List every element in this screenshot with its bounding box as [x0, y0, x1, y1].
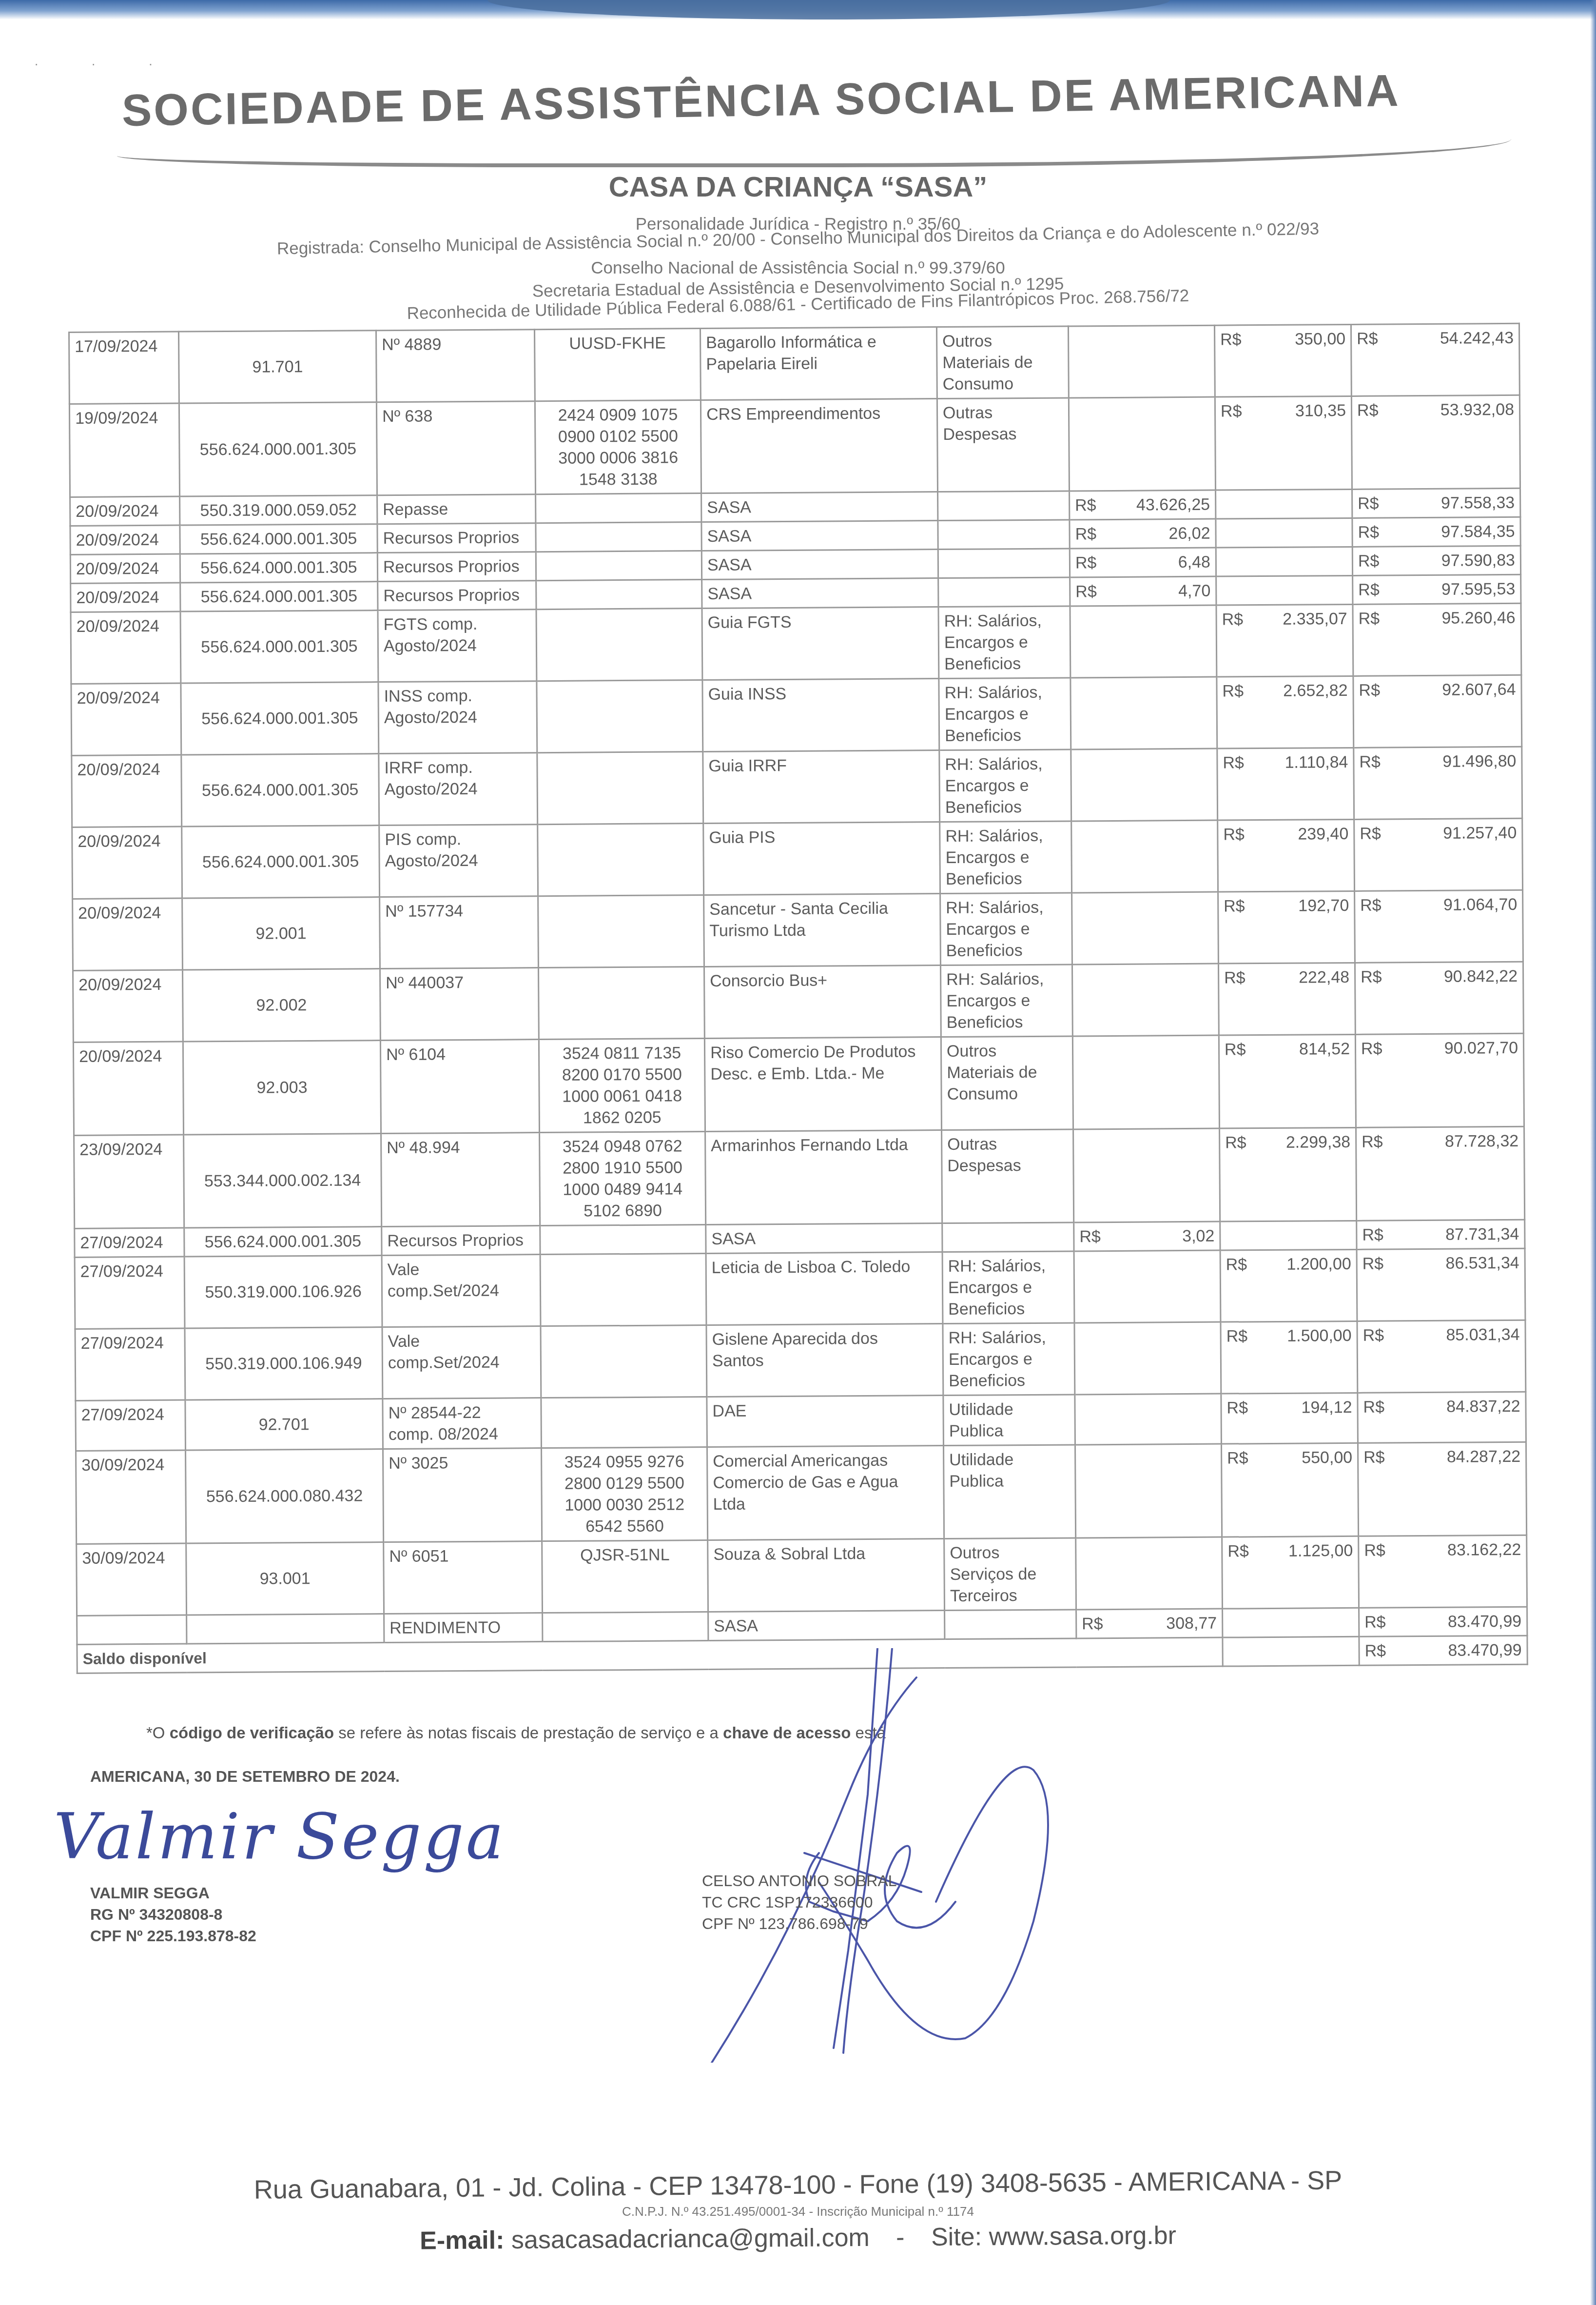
date-cell: 20/09/2024 — [73, 970, 183, 1042]
balance-cell: R$53.932,08 — [1351, 395, 1520, 489]
cell-line: Beneficios — [947, 1011, 1067, 1034]
signatory-name: CELSO ANTONIO SOBRAL — [702, 1870, 897, 1891]
handwritten-signature-2 — [663, 1648, 1102, 2063]
currency-symbol: R$ — [1224, 895, 1245, 917]
payee-cell: SASA — [701, 521, 938, 551]
currency-symbol: R$ — [1364, 1640, 1386, 1662]
credit-cell: R$6,48 — [1070, 548, 1216, 577]
credit-cell: R$43.626,25 — [1070, 490, 1216, 520]
currency-symbol: R$ — [1222, 680, 1244, 702]
table-row: 20/09/2024556.624.000.001.305FGTS comp.A… — [71, 603, 1521, 684]
currency-symbol: R$ — [1364, 1612, 1386, 1633]
date-cell: 20/09/2024 — [71, 583, 180, 612]
amount: 83.162,22 — [1447, 1539, 1521, 1561]
site-label: Site: — [931, 2223, 982, 2251]
ledger-body: 17/09/202491.701Nº 4889UUSD-FKHEBagaroll… — [69, 323, 1528, 1673]
payee-cell: Riso Comercio De ProdutosDesc. e Emb. Lt… — [704, 1037, 941, 1132]
debit-cell: R$1.125,00 — [1222, 1536, 1359, 1609]
cell-line: RH: Salários, — [945, 825, 1066, 847]
cell-line: 3000 0006 3816 — [541, 447, 695, 469]
amount: 350,00 — [1295, 328, 1345, 350]
payee-cell: SASA — [706, 1223, 942, 1254]
debit-cell: R$1.500,00 — [1221, 1321, 1358, 1394]
money-value: R$3,02 — [1079, 1225, 1214, 1248]
signatory-name: VALMIR SEGGA — [90, 1882, 256, 1904]
cell-line: Nº 48.994 — [387, 1136, 534, 1159]
payee-cell: CRS Empreendimentos — [701, 399, 937, 493]
credit-cell — [1072, 964, 1219, 1036]
cell-line: SASA — [714, 1614, 939, 1637]
signatory-1: VALMIR SEGGA RG Nº 34320808-8 CPF Nº 225… — [90, 1882, 256, 1947]
debit-cell — [1216, 518, 1352, 548]
site-link[interactable]: www.sasa.org.br — [989, 2222, 1176, 2251]
credit-cell — [1070, 677, 1217, 749]
cell-line: Despesas — [943, 423, 1063, 446]
money-value: R$310,35 — [1221, 400, 1346, 422]
money-value: R$91.064,70 — [1360, 894, 1517, 916]
cell-line: RH: Salários, — [946, 897, 1066, 919]
currency-symbol: R$ — [1359, 608, 1380, 630]
document-cell: Recursos Proprios — [377, 552, 536, 582]
access-key-cell: 3524 0948 07622800 1910 55001000 0489 94… — [540, 1132, 706, 1226]
cell-line: Terceiros — [950, 1584, 1070, 1607]
amount: 53.932,08 — [1440, 399, 1515, 421]
money-value: R$97.584,35 — [1358, 521, 1515, 543]
category-cell — [938, 549, 1070, 578]
cell-line: Vale — [388, 1330, 535, 1352]
debit-cell: R$2.299,38 — [1220, 1127, 1357, 1221]
account-cell — [187, 1614, 384, 1644]
access-key-cell — [538, 824, 704, 896]
currency-symbol: R$ — [1358, 522, 1379, 543]
payee-cell: Gislene Aparecida dosSantos — [706, 1324, 943, 1397]
money-value: R$95.260,46 — [1359, 607, 1516, 630]
cell-line: comp.Set/2024 — [388, 1280, 535, 1302]
cell-line: Sancetur - Santa Cecilia — [709, 897, 934, 920]
amount: 239,40 — [1298, 823, 1348, 845]
balance-cell: R$97.558,33 — [1352, 488, 1520, 518]
cell-line: Armarinhos Fernando Ltda — [711, 1134, 936, 1157]
email-link[interactable]: sasacasadacrianca@gmail.com — [511, 2224, 870, 2254]
money-value: R$1.200,00 — [1226, 1253, 1351, 1276]
debit-cell — [1216, 489, 1352, 519]
amount: 97.590,83 — [1441, 550, 1516, 571]
cell-line: Nº 440037 — [386, 971, 533, 994]
cell-line: RH: Salários, — [946, 968, 1067, 991]
payee-cell: SASA — [708, 1611, 945, 1641]
amount: 54.242,43 — [1440, 327, 1514, 349]
document-cell: Repasse — [377, 494, 536, 524]
balance-cell: R$90.842,22 — [1355, 962, 1523, 1034]
amount: 90.027,70 — [1444, 1037, 1518, 1059]
date-cell: 30/09/2024 — [77, 1543, 187, 1615]
cell-line: FGTS comp. — [384, 613, 531, 635]
table-row: 23/09/2024553.344.000.002.134Nº 48.99435… — [74, 1126, 1525, 1228]
cell-line: Beneficios — [949, 1369, 1069, 1392]
money-value: R$1.125,00 — [1227, 1540, 1353, 1562]
cell-line: RH: Salários, — [944, 682, 1065, 704]
money-value: R$83.470,99 — [1364, 1611, 1521, 1633]
money-value: R$550,00 — [1227, 1447, 1352, 1469]
cell-line: SASA — [707, 553, 933, 576]
cell-line: Despesas — [947, 1155, 1068, 1177]
currency-symbol: R$ — [1363, 1397, 1384, 1418]
amount: 43.626,25 — [1136, 494, 1210, 516]
cell-line: Desc. e Emb. Ltda.- Me — [710, 1062, 935, 1085]
account-cell: 553.344.000.002.134 — [184, 1134, 382, 1228]
amount: 192,70 — [1298, 895, 1349, 917]
credit-cell — [1068, 325, 1215, 398]
cell-line: INSS comp. — [384, 685, 531, 707]
payee-cell: Bagarollo Informática ePapelaria Eireli — [700, 327, 937, 400]
cell-line: Riso Comercio De Produtos — [710, 1041, 935, 1064]
balance-cell: R$92.607,64 — [1353, 675, 1522, 748]
cell-line: Encargos e — [949, 1348, 1069, 1370]
credit-cell — [1074, 1250, 1221, 1323]
cell-line: Nº 6104 — [386, 1043, 533, 1065]
cell-line: CRS Empreendimentos — [706, 402, 932, 425]
cell-line: 1000 0489 9414 — [545, 1178, 700, 1201]
balance-cell: R$84.837,22 — [1358, 1392, 1526, 1443]
currency-symbol: R$ — [1079, 1226, 1101, 1247]
cell-line: Beneficios — [946, 940, 1067, 962]
date-cell: 27/09/2024 — [75, 1328, 185, 1400]
access-key-cell — [536, 580, 702, 610]
category-cell: OutrasDespesas — [942, 1129, 1074, 1223]
account-cell: 556.624.000.001.305 — [180, 611, 378, 683]
debit-cell: R$239,40 — [1218, 819, 1355, 892]
date-cell: 20/09/2024 — [73, 1042, 183, 1135]
cell-line: 8200 0170 5500 — [545, 1064, 699, 1086]
organization-title: SOCIEDADE DE ASSISTÊNCIA SOCIAL DE AMERI… — [121, 63, 1511, 137]
money-value: R$83.162,22 — [1364, 1539, 1521, 1561]
footer-cnpj: C.N.P.J. N.º 43.251.495/0001-34 - Inscri… — [0, 2204, 1596, 2219]
amount: 26,02 — [1168, 523, 1210, 545]
signatory-cpf: CPF Nº 123.786.698-79 — [702, 1913, 897, 1934]
amount: 84.837,22 — [1446, 1396, 1520, 1418]
currency-symbol: R$ — [1357, 328, 1378, 350]
cell-line: RH: Salários, — [945, 753, 1065, 776]
money-value: R$84.837,22 — [1363, 1396, 1520, 1418]
cell-line: Agosto/2024 — [384, 706, 531, 729]
currency-symbol: R$ — [1362, 1325, 1384, 1346]
date-cell: 23/09/2024 — [74, 1135, 184, 1228]
currency-symbol: R$ — [1227, 1540, 1249, 1562]
money-value: R$97.590,83 — [1358, 550, 1515, 572]
cell-line: Comercial Americangas — [713, 1449, 938, 1472]
cell-line: Recursos Proprios — [383, 527, 530, 549]
cell-line: Turismo Ltda — [709, 919, 934, 942]
cell-line: IRRF comp. — [384, 756, 531, 779]
category-cell: RH: Salários,Encargos eBeneficios — [939, 678, 1071, 750]
cell-line: RH: Salários, — [949, 1327, 1069, 1349]
balance-cell: R$97.590,83 — [1352, 546, 1520, 575]
document-cell: Nº 440037 — [380, 968, 539, 1041]
category-cell: RH: Salários,Encargos eBeneficios — [940, 965, 1072, 1037]
category-cell: UtilidadePublica — [943, 1395, 1075, 1446]
table-row: 20/09/202492.002Nº 440037Consorcio Bus+R… — [73, 962, 1524, 1042]
table-row: 20/09/2024556.624.000.001.305PIS comp.Ag… — [72, 818, 1523, 899]
date-cell — [77, 1615, 187, 1644]
currency-symbol: R$ — [1223, 752, 1244, 773]
cell-line: Publica — [949, 1419, 1070, 1442]
category-cell: RH: Salários,Encargos eBeneficios — [943, 1323, 1075, 1396]
amount: 91.257,40 — [1443, 822, 1517, 844]
account-cell: 556.624.000.001.305 — [181, 682, 379, 755]
amount: 550,00 — [1302, 1447, 1352, 1469]
category-cell: RH: Salários,Encargos eBeneficios — [940, 821, 1072, 894]
document-cell: Nº 157734 — [380, 896, 539, 969]
debit-cell: R$550,00 — [1221, 1443, 1358, 1537]
cell-line: DAE — [712, 1399, 937, 1422]
money-value: R$2.335,07 — [1222, 608, 1347, 630]
access-key-cell — [540, 1254, 706, 1326]
cell-line: Leticia de Lisboa C. Toledo — [712, 1256, 937, 1279]
cell-line: Beneficios — [948, 1298, 1069, 1320]
scan-shadow — [487, 0, 1170, 20]
access-key-cell — [536, 522, 701, 552]
currency-symbol: R$ — [1221, 400, 1242, 422]
account-cell: 556.624.000.001.305 — [179, 402, 377, 496]
amount: 90.842,22 — [1444, 965, 1518, 987]
amount: 83.470,99 — [1448, 1611, 1522, 1633]
amount: 2.335,07 — [1283, 608, 1347, 630]
cell-line: Nº 4889 — [382, 333, 529, 355]
document-cell: Nº 6051 — [384, 1541, 543, 1614]
money-value: R$6,48 — [1075, 552, 1210, 574]
amount: 95.260,46 — [1441, 607, 1516, 629]
credit-cell: R$3,02 — [1074, 1221, 1220, 1251]
money-value: R$222,48 — [1224, 966, 1349, 989]
cell-line: Outros — [947, 1040, 1067, 1063]
access-key-cell — [537, 680, 703, 753]
currency-symbol: R$ — [1362, 1224, 1383, 1246]
date-cell: 27/09/2024 — [75, 1228, 184, 1257]
email-label: E-mail: — [420, 2226, 505, 2255]
money-value: R$86.531,34 — [1362, 1252, 1519, 1275]
account-cell: 556.624.000.001.305 — [180, 553, 377, 583]
cell-line: Comercio de Gas e Agua — [713, 1471, 938, 1494]
payee-cell: DAE — [707, 1396, 944, 1447]
cell-line: Consumo — [947, 1083, 1067, 1105]
credit-cell — [1072, 892, 1219, 965]
cell-line: RENDIMENTO — [389, 1616, 537, 1639]
document-cell: RENDIMENTO — [384, 1613, 543, 1643]
money-value: R$239,40 — [1223, 823, 1348, 846]
date-cell: 20/09/2024 — [71, 683, 181, 755]
debit-cell: R$2.652,82 — [1217, 676, 1354, 749]
access-key-cell — [538, 967, 704, 1040]
table-row: 30/09/202493.001Nº 6051QJSR-51NLSouza & … — [77, 1535, 1527, 1615]
amount: 84.287,22 — [1447, 1446, 1521, 1468]
amount: 83.470,99 — [1448, 1639, 1522, 1661]
cell-line: Ltda — [713, 1492, 938, 1515]
balance-cell: R$97.584,35 — [1352, 517, 1520, 547]
money-value: R$43.626,25 — [1075, 494, 1210, 516]
title-swoosh-decoration — [117, 139, 1511, 167]
cell-line: Encargos e — [948, 1277, 1069, 1299]
amount: 87.728,32 — [1445, 1130, 1519, 1152]
contact-separator: - — [896, 2223, 905, 2251]
cell-line: RH: Salários, — [944, 610, 1065, 632]
category-cell — [938, 491, 1070, 521]
amount: 92.607,64 — [1442, 679, 1516, 701]
payee-cell: SASA — [701, 492, 938, 522]
account-cell: 92.001 — [182, 897, 380, 970]
table-row: 30/09/2024556.624.000.080.432Nº 30253524… — [76, 1442, 1527, 1544]
money-value: R$814,52 — [1225, 1038, 1350, 1061]
place-and-date: AMERICANA, 30 DE SETEMBRO DE 2024. — [90, 1768, 400, 1786]
cell-line: Outros — [950, 1541, 1070, 1564]
debit-cell — [1216, 575, 1353, 605]
document-cell: Valecomp.Set/2024 — [382, 1326, 541, 1399]
cell-line: RH: Salários, — [948, 1255, 1069, 1278]
cell-line: Encargos e — [944, 631, 1065, 654]
balance-cell: R$85.031,34 — [1357, 1320, 1526, 1393]
account-cell: 556.624.000.001.305 — [184, 1227, 382, 1257]
cell-line: Outras — [943, 402, 1063, 424]
empty-cell — [1223, 1636, 1359, 1666]
money-value: R$90.842,22 — [1361, 965, 1518, 988]
money-value: R$350,00 — [1220, 328, 1345, 351]
debit-cell — [1216, 547, 1352, 576]
amount: 91.496,80 — [1442, 750, 1517, 772]
access-key-cell: QJSR-51NL — [542, 1540, 708, 1613]
account-cell: 91.701 — [179, 331, 377, 403]
balance-cell: R$87.728,32 — [1356, 1126, 1525, 1221]
document-cell: FGTS comp.Agosto/2024 — [378, 610, 537, 682]
date-cell: 20/09/2024 — [72, 827, 182, 899]
currency-symbol: R$ — [1222, 609, 1244, 630]
cell-line: 1548 3138 — [541, 468, 696, 491]
cell-line: Guia IRRF — [708, 754, 934, 777]
category-cell: RH: Salários,Encargos eBeneficios — [940, 893, 1072, 965]
credit-cell: R$4,70 — [1070, 576, 1216, 606]
money-value: R$87.728,32 — [1362, 1130, 1518, 1153]
cell-line: Agosto/2024 — [384, 634, 531, 657]
amount: 87.731,34 — [1445, 1223, 1519, 1245]
currency-symbol: R$ — [1082, 1613, 1103, 1635]
payee-cell: Consorcio Bus+ — [704, 965, 941, 1039]
date-cell: 20/09/2024 — [72, 755, 182, 827]
money-value: R$83.470,99 — [1364, 1639, 1521, 1662]
category-cell: OutrosMateriais deConsumo — [941, 1036, 1073, 1130]
money-value: R$194,12 — [1226, 1397, 1352, 1419]
cell-line: Utilidade — [949, 1448, 1070, 1471]
currency-symbol: R$ — [1360, 895, 1382, 916]
currency-symbol: R$ — [1225, 1132, 1246, 1153]
debit-cell — [1223, 1608, 1359, 1637]
category-cell: OutrasDespesas — [937, 398, 1069, 492]
cell-line: Souza & Sobral Ltda — [713, 1542, 938, 1565]
signatory-2: CELSO ANTONIO SOBRAL TC CRC 1SP172336600… — [702, 1870, 897, 1934]
cell-line: Agosto/2024 — [385, 778, 532, 800]
debit-cell: R$194,12 — [1221, 1393, 1358, 1444]
payee-cell: Comercial AmericangasComercio de Gas e A… — [707, 1446, 944, 1540]
cell-line: 2800 1910 5500 — [545, 1157, 700, 1179]
access-key-cell — [536, 551, 701, 581]
credit-cell — [1075, 1444, 1222, 1538]
amount: 2.299,38 — [1286, 1131, 1351, 1153]
cell-line: 2424 0909 1075 — [541, 404, 695, 426]
cell-line: Beneficios — [945, 725, 1065, 747]
account-cell: 556.624.000.001.305 — [181, 754, 379, 827]
table-row: 20/09/2024556.624.000.001.305INSS comp.A… — [71, 675, 1522, 755]
cell-line: 2800 0129 5500 — [547, 1472, 701, 1495]
cell-line: Utilidade — [949, 1398, 1069, 1420]
currency-symbol: R$ — [1358, 493, 1379, 514]
scan-specks: · · · — [34, 56, 177, 72]
cell-line: Consorcio Bus+ — [710, 969, 935, 992]
signatory-crc: TC CRC 1SP172336600 — [702, 1891, 897, 1913]
credit-cell: R$308,77 — [1076, 1609, 1223, 1638]
credit-cell — [1073, 1128, 1220, 1222]
amount: 1.200,00 — [1286, 1253, 1351, 1275]
currency-symbol: R$ — [1364, 1540, 1385, 1561]
cell-line: Encargos e — [945, 847, 1066, 869]
currency-symbol: R$ — [1225, 1039, 1246, 1060]
footer-contact: E-mail: sasacasadacrianca@gmail.com - Si… — [0, 2218, 1596, 2259]
currency-symbol: R$ — [1226, 1254, 1247, 1275]
money-value: R$91.496,80 — [1359, 750, 1516, 773]
currency-symbol: R$ — [1362, 1253, 1384, 1275]
credit-cell — [1070, 605, 1217, 678]
cell-line: Recursos Proprios — [387, 1229, 534, 1252]
category-cell: RH: Salários,Encargos eBeneficios — [938, 606, 1070, 679]
document-cell: IRRF comp.Agosto/2024 — [379, 753, 538, 826]
cell-line: Recursos Proprios — [383, 555, 530, 578]
cell-line: SASA — [707, 582, 933, 605]
cell-line: SASA — [707, 495, 932, 518]
currency-symbol: R$ — [1226, 1397, 1248, 1418]
money-value: R$2.299,38 — [1225, 1131, 1350, 1154]
category-cell: OutrosMateriais deConsumo — [936, 326, 1069, 399]
account-cell: 550.319.000.059.052 — [180, 495, 377, 525]
money-value: R$53.932,08 — [1357, 399, 1514, 421]
scan-right-edge — [1590, 0, 1596, 2305]
cell-line: Bagarollo Informática e — [706, 331, 931, 354]
cell-line: Publica — [949, 1470, 1070, 1492]
amount: 85.031,34 — [1446, 1324, 1520, 1346]
payee-cell: Leticia de Lisboa C. Toledo — [706, 1252, 943, 1325]
debit-cell: R$1.110,84 — [1217, 748, 1354, 820]
money-value: R$1.500,00 — [1226, 1325, 1351, 1347]
amount: 97.595,53 — [1441, 578, 1516, 600]
credit-cell — [1076, 1537, 1223, 1610]
balance-cell: R$91.064,70 — [1355, 890, 1523, 963]
footnote-bold: código de verificação — [170, 1724, 334, 1742]
document-cell: INSS comp.Agosto/2024 — [378, 681, 537, 754]
cell-line: Materiais de — [942, 352, 1063, 374]
document-cell: Nº 3025 — [383, 1448, 542, 1542]
category-cell: UtilidadePublica — [943, 1445, 1075, 1539]
currency-symbol: R$ — [1220, 329, 1242, 350]
amount: 2.652,82 — [1283, 680, 1348, 702]
document-cell: Valecomp.Set/2024 — [382, 1255, 541, 1327]
access-key-cell: 2424 0909 10750900 0102 55003000 0006 38… — [535, 400, 701, 494]
debit-cell: R$192,70 — [1218, 891, 1355, 964]
account-cell: 93.001 — [186, 1542, 384, 1615]
amount: 194,12 — [1301, 1397, 1352, 1418]
money-value: R$1.110,84 — [1223, 751, 1348, 774]
cell-line: Nº 6051 — [389, 1545, 536, 1567]
access-key-cell — [537, 752, 703, 825]
date-cell: 27/09/2024 — [76, 1400, 186, 1451]
access-key-cell — [536, 609, 702, 681]
cell-line: Beneficios — [944, 653, 1065, 675]
amount: 1.125,00 — [1288, 1540, 1353, 1562]
cell-line: 3524 0811 7135 — [545, 1042, 699, 1064]
